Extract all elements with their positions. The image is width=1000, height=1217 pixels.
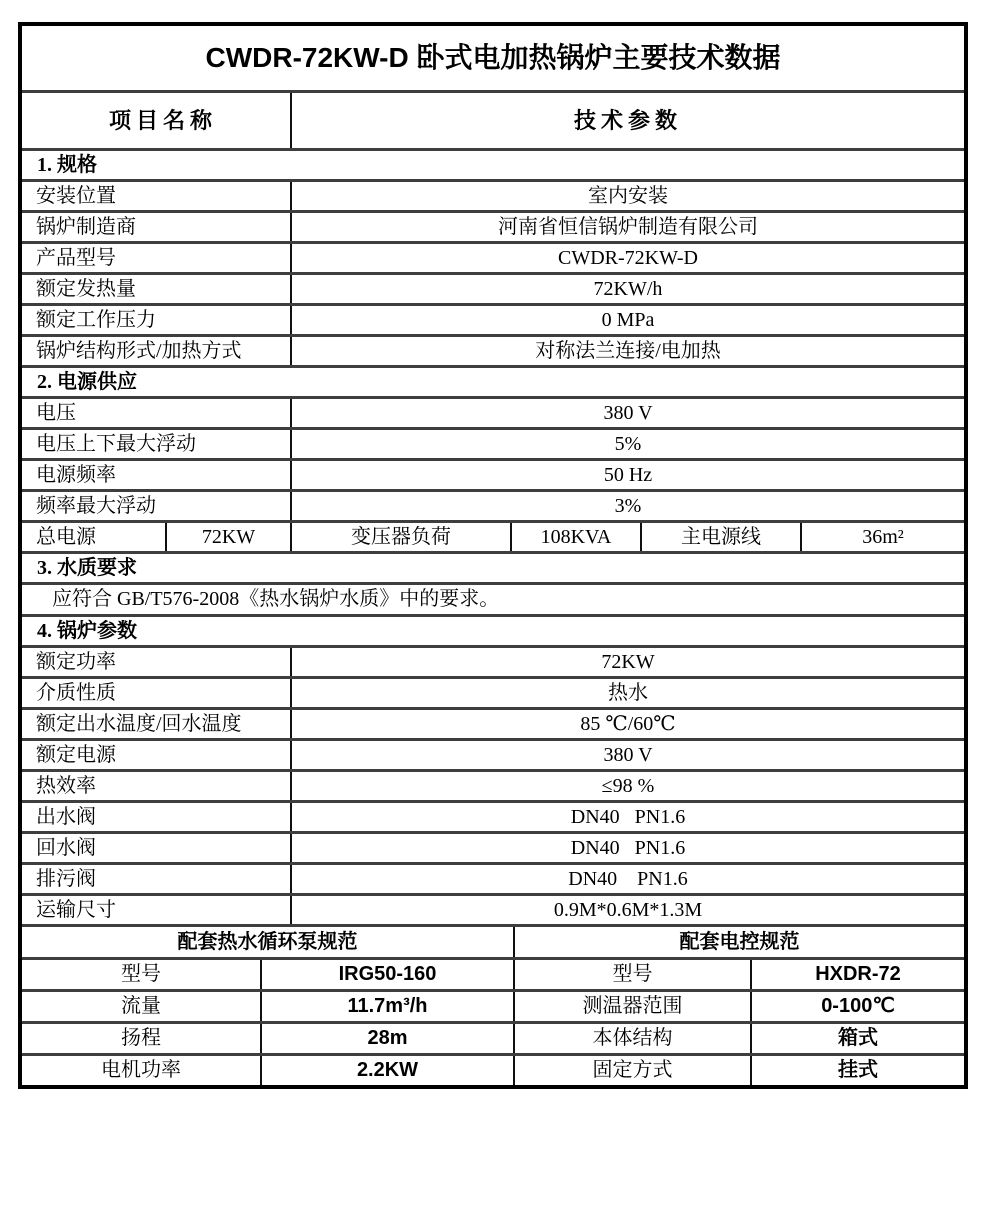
row-label: 型号 — [513, 960, 750, 989]
row-label: 出水阀 — [22, 803, 290, 831]
row-value: 108KVA — [510, 523, 640, 551]
row-value: DN40 PN1.6 — [290, 865, 964, 893]
table-row: 运输尺寸 0.9M*0.6M*1.3M — [22, 893, 964, 924]
row-label: 总电源 — [22, 523, 165, 551]
water-quality-note: 应符合 GB/T576-2008《热水锅炉水质》中的要求。 — [22, 585, 964, 614]
row-label: 额定发热量 — [22, 275, 290, 303]
table-row: 额定电源 380 V — [22, 738, 964, 769]
row-value: 河南省恒信锅炉制造有限公司 — [290, 213, 964, 241]
table-row: 频率最大浮动 3% — [22, 489, 964, 520]
row-label: 介质性质 — [22, 679, 290, 707]
table-row: 锅炉制造商 河南省恒信锅炉制造有限公司 — [22, 210, 964, 241]
row-value: 对称法兰连接/电加热 — [290, 337, 964, 365]
row-value: 热水 — [290, 679, 964, 707]
row-value: 11.7m³/h — [260, 992, 513, 1021]
table-row: 回水阀 DN40 PN1.6 — [22, 831, 964, 862]
table-row: 安装位置 室内安装 — [22, 179, 964, 210]
total-power-row: 总电源 72KW 变压器负荷 108KVA 主电源线 36m² — [22, 520, 964, 551]
row-value: HXDR-72 — [750, 960, 964, 989]
row-value: 380 V — [290, 399, 964, 427]
column-header-row: 项目名称 技术参数 — [22, 90, 964, 148]
section-heading-boiler-params: 4. 锅炉参数 — [22, 614, 964, 645]
section-heading-label: 2. 电源供应 — [22, 368, 964, 396]
row-value: IRG50-160 — [260, 960, 513, 989]
table-row: 介质性质 热水 — [22, 676, 964, 707]
row-label: 额定功率 — [22, 648, 290, 676]
page: { "title": "CWDR-72KW-D 卧式电加热锅炉主要技术数据", … — [0, 0, 1000, 1217]
section-heading-water-quality: 3. 水质要求 — [22, 551, 964, 582]
title-row: CWDR-72KW-D 卧式电加热锅炉主要技术数据 — [22, 26, 964, 90]
row-value: 0-100℃ — [750, 992, 964, 1021]
table-row: 排污阀 DN40 PN1.6 — [22, 862, 964, 893]
page-title: CWDR-72KW-D 卧式电加热锅炉主要技术数据 — [22, 26, 964, 90]
row-label: 电机功率 — [22, 1056, 260, 1085]
row-value: DN40 PN1.6 — [290, 834, 964, 862]
row-label: 流量 — [22, 992, 260, 1021]
row-label: 型号 — [22, 960, 260, 989]
row-value: 5% — [290, 430, 964, 458]
row-value: DN40 PN1.6 — [290, 803, 964, 831]
table-row: 电源频率 50 Hz — [22, 458, 964, 489]
row-value: 箱式 — [750, 1024, 964, 1053]
row-label: 运输尺寸 — [22, 896, 290, 924]
section-heading-label: 4. 锅炉参数 — [22, 617, 964, 645]
row-label: 额定工作压力 — [22, 306, 290, 334]
row-value: 0 MPa — [290, 306, 964, 334]
water-quality-note-row: 应符合 GB/T576-2008《热水锅炉水质》中的要求。 — [22, 582, 964, 614]
row-value: 85 ℃/60℃ — [290, 710, 964, 738]
table-row: 额定工作压力 0 MPa — [22, 303, 964, 334]
row-label: 扬程 — [22, 1024, 260, 1053]
row-label: 回水阀 — [22, 834, 290, 862]
table-row: 额定出水温度/回水温度 85 ℃/60℃ — [22, 707, 964, 738]
row-label: 本体结构 — [513, 1024, 750, 1053]
row-label: 安装位置 — [22, 182, 290, 210]
row-value: 72KW — [165, 523, 290, 551]
row-value: ≤98 % — [290, 772, 964, 800]
row-value: 72KW/h — [290, 275, 964, 303]
row-label: 频率最大浮动 — [22, 492, 290, 520]
table-row: 锅炉结构形式/加热方式 对称法兰连接/电加热 — [22, 334, 964, 365]
row-label: 主电源线 — [640, 523, 800, 551]
row-value: 380 V — [290, 741, 964, 769]
accessories-row: 型号 IRG50-160 型号 HXDR-72 — [22, 957, 964, 989]
row-label: 额定出水温度/回水温度 — [22, 710, 290, 738]
row-value: 72KW — [290, 648, 964, 676]
section-heading-spec: 1. 规格 — [22, 148, 964, 179]
row-label: 电压上下最大浮动 — [22, 430, 290, 458]
pump-spec-heading: 配套热水循环泵规范 — [22, 927, 513, 957]
control-spec-heading: 配套电控规范 — [513, 927, 964, 957]
section-heading-power-supply: 2. 电源供应 — [22, 365, 964, 396]
row-label: 变压器负荷 — [290, 523, 510, 551]
row-label: 锅炉制造商 — [22, 213, 290, 241]
row-label: 额定电源 — [22, 741, 290, 769]
row-label: 锅炉结构形式/加热方式 — [22, 337, 290, 365]
row-value: 36m² — [800, 523, 964, 551]
spec-table: CWDR-72KW-D 卧式电加热锅炉主要技术数据 项目名称 技术参数 1. 规… — [18, 22, 968, 1089]
section-heading-label: 3. 水质要求 — [22, 554, 964, 582]
table-row: 额定发热量 72KW/h — [22, 272, 964, 303]
row-value: 3% — [290, 492, 964, 520]
column-header-item-name: 项目名称 — [22, 93, 290, 148]
accessories-row: 电机功率 2.2KW 固定方式 挂式 — [22, 1053, 964, 1085]
table-row: 电压上下最大浮动 5% — [22, 427, 964, 458]
table-row: 出水阀 DN40 PN1.6 — [22, 800, 964, 831]
section-heading-label: 1. 规格 — [22, 151, 964, 179]
row-value: 挂式 — [750, 1056, 964, 1085]
row-value: 0.9M*0.6M*1.3M — [290, 896, 964, 924]
row-label: 固定方式 — [513, 1056, 750, 1085]
table-row: 产品型号 CWDR-72KW-D — [22, 241, 964, 272]
row-label: 排污阀 — [22, 865, 290, 893]
table-row: 电压 380 V — [22, 396, 964, 427]
row-value: CWDR-72KW-D — [290, 244, 964, 272]
row-label: 测温器范围 — [513, 992, 750, 1021]
row-label: 热效率 — [22, 772, 290, 800]
row-value: 28m — [260, 1024, 513, 1053]
accessories-header-row: 配套热水循环泵规范 配套电控规范 — [22, 924, 964, 957]
row-value: 2.2KW — [260, 1056, 513, 1085]
row-value: 50 Hz — [290, 461, 964, 489]
accessories-row: 流量 11.7m³/h 测温器范围 0-100℃ — [22, 989, 964, 1021]
row-label: 电源频率 — [22, 461, 290, 489]
table-row: 额定功率 72KW — [22, 645, 964, 676]
row-value: 室内安装 — [290, 182, 964, 210]
accessories-row: 扬程 28m 本体结构 箱式 — [22, 1021, 964, 1053]
column-header-tech-params: 技术参数 — [290, 93, 964, 148]
row-label: 电压 — [22, 399, 290, 427]
row-label: 产品型号 — [22, 244, 290, 272]
table-row: 热效率 ≤98 % — [22, 769, 964, 800]
